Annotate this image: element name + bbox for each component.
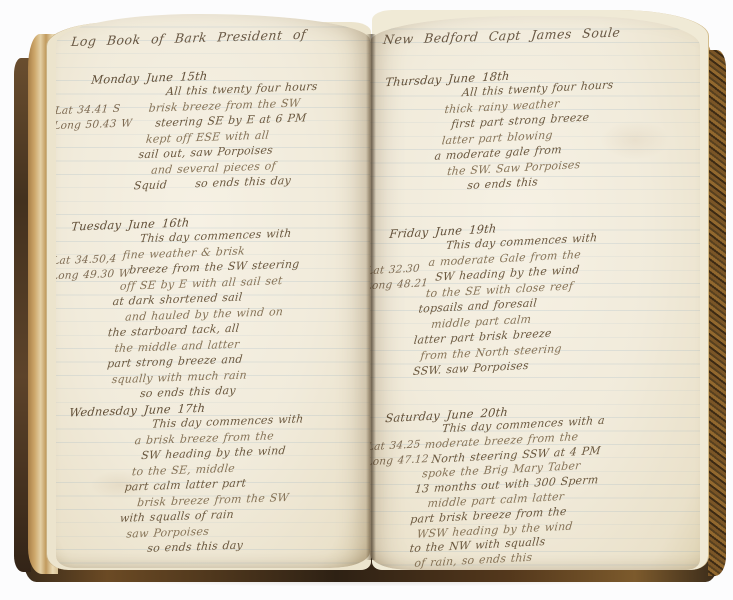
log-entry-wednesday-june-17: Wednesday June 17th This day commences w… bbox=[56, 395, 362, 560]
right-page: New Bedford Capt James Soule Thursday Ju… bbox=[370, 16, 700, 570]
entry-body: This day commences witha moderate Gale f… bbox=[410, 225, 690, 379]
logbook-photo: Log Book of Bark President of Monday Jun… bbox=[0, 0, 733, 600]
log-entry-monday-june-15: Monday June 15th Lat 34.41 SLong 50.43 W… bbox=[56, 63, 362, 197]
log-line: Long 50.43 W bbox=[56, 116, 133, 134]
entry-body: This day commences witha brisk breeze fr… bbox=[116, 409, 360, 557]
entry-lat-long: Lat 32.30Long 48.21 bbox=[370, 261, 430, 294]
log-entry-saturday-june-20: Saturday June 20th Lat 34.25Long 47.12 T… bbox=[370, 395, 692, 570]
entry-body: This day commences with amoderate breeze… bbox=[406, 409, 691, 570]
log-entry-tuesday-june-16: Tuesday June 16th Lat 34.50,4Long 49.30 … bbox=[56, 209, 362, 405]
marbled-cover-right bbox=[708, 50, 726, 576]
entry-lat-long: Lat 34.50,4Long 49.30 W bbox=[56, 251, 132, 284]
entry-body: This day commences withfine weather & br… bbox=[102, 223, 361, 403]
log-entry-thursday-june-18: Thursday June 18th All this twenty four … bbox=[370, 59, 692, 199]
entry-lat-long: Lat 34.25Long 47.12 bbox=[370, 437, 431, 470]
page-header-right: New Bedford Capt James Soule bbox=[382, 25, 621, 48]
entry-body: All this twenty four hoursbrisk breeze f… bbox=[133, 77, 360, 194]
page-header-left: Log Book of Bark President of bbox=[70, 27, 307, 49]
book-spine-gutter bbox=[366, 34, 376, 560]
left-page: Log Book of Bark President of Monday Jun… bbox=[56, 14, 370, 568]
log-line: Long 49.30 W bbox=[56, 266, 130, 284]
log-entry-friday-june-19: Friday June 19th Lat 32.30Long 48.21 Thi… bbox=[370, 211, 692, 382]
entry-body: All this twenty four hoursthick rainy we… bbox=[429, 73, 690, 195]
entry-lat-long: Lat 34.41 SLong 50.43 W bbox=[56, 101, 134, 134]
